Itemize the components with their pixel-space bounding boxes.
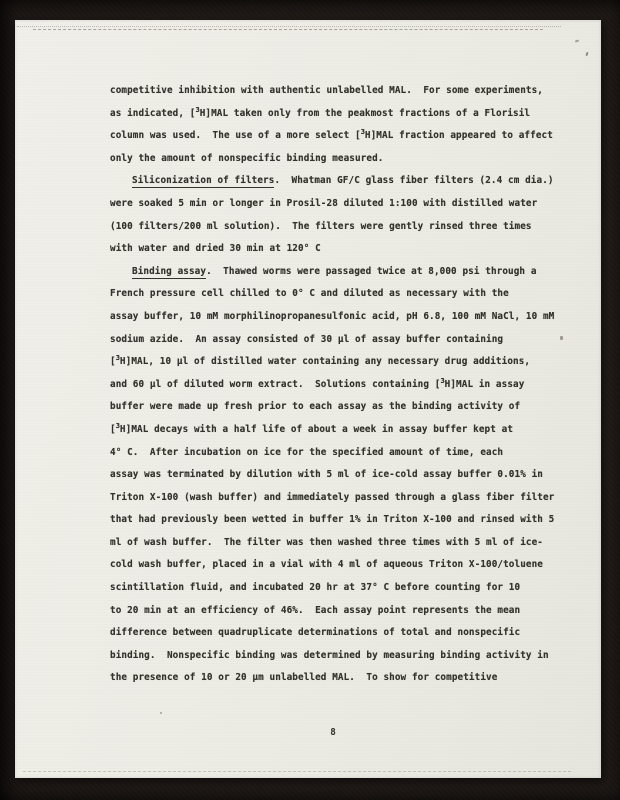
text-line: ml of wash buffer. The filter was then w… <box>110 532 570 555</box>
text-line: column was used. The use of a more selec… <box>110 125 570 148</box>
text-line: [3H]MAL, 10 μl of distilled water contai… <box>110 351 570 374</box>
document-page: competitive inhibition with authentic un… <box>15 20 601 778</box>
text-line: Triton X-100 (wash buffer) and immediate… <box>110 487 570 510</box>
text-line: Siliconization of filters. Whatman GF/C … <box>110 170 570 193</box>
text-line: the presence of 10 or 20 μm unlabelled M… <box>110 667 570 690</box>
text-line: sodium azide. An assay consisted of 30 μ… <box>110 329 570 352</box>
text-line: binding. Nonspecific binding was determi… <box>110 645 570 668</box>
ink-speck <box>586 52 589 56</box>
scanner-background: competitive inhibition with authentic un… <box>0 0 620 800</box>
text-line: French pressure cell chilled to 0° C and… <box>110 283 570 306</box>
text-line: scintillation fluid, and incubated 20 hr… <box>110 577 570 600</box>
text-line: were soaked 5 min or longer in Prosil-28… <box>110 193 570 216</box>
text-line: 4° C. After incubation on ice for the sp… <box>110 442 570 465</box>
paper-edge-artifact <box>33 29 543 30</box>
text-line: only the amount of nonspecific binding m… <box>110 148 570 171</box>
text-line: cold wash buffer, placed in a vial with … <box>110 554 570 577</box>
text-line: (100 filters/200 ml solution). The filte… <box>110 216 570 239</box>
text-line: buffer were made up fresh prior to each … <box>110 396 570 419</box>
document-text: competitive inhibition with authentic un… <box>110 80 570 690</box>
text-line: assay buffer, 10 mM morphilinopropanesul… <box>110 306 570 329</box>
text-line: competitive inhibition with authentic un… <box>110 80 570 103</box>
paper-edge-artifact <box>17 26 561 27</box>
text-line: as indicated, [3H]MAL taken only from th… <box>110 103 570 126</box>
page-number: 8 <box>110 722 556 745</box>
text-line: assay was terminated by dilution with 5 … <box>110 464 570 487</box>
text-line: difference between quadruplicate determi… <box>110 622 570 645</box>
ink-speck <box>575 39 579 42</box>
text-line: and 60 μl of diluted worm extract. Solut… <box>110 374 570 397</box>
text-line: Binding assay. Thawed worms were passage… <box>110 261 570 284</box>
text-line: that had previously been wetted in buffe… <box>110 509 570 532</box>
text-line: [3H]MAL decays with a half life of about… <box>110 419 570 442</box>
text-line: to 20 min at an efficiency of 46%. Each … <box>110 600 570 623</box>
ink-speck <box>160 712 162 714</box>
paper-edge-artifact <box>23 771 571 772</box>
text-line: with water and dried 30 min at 120° C <box>110 238 570 261</box>
